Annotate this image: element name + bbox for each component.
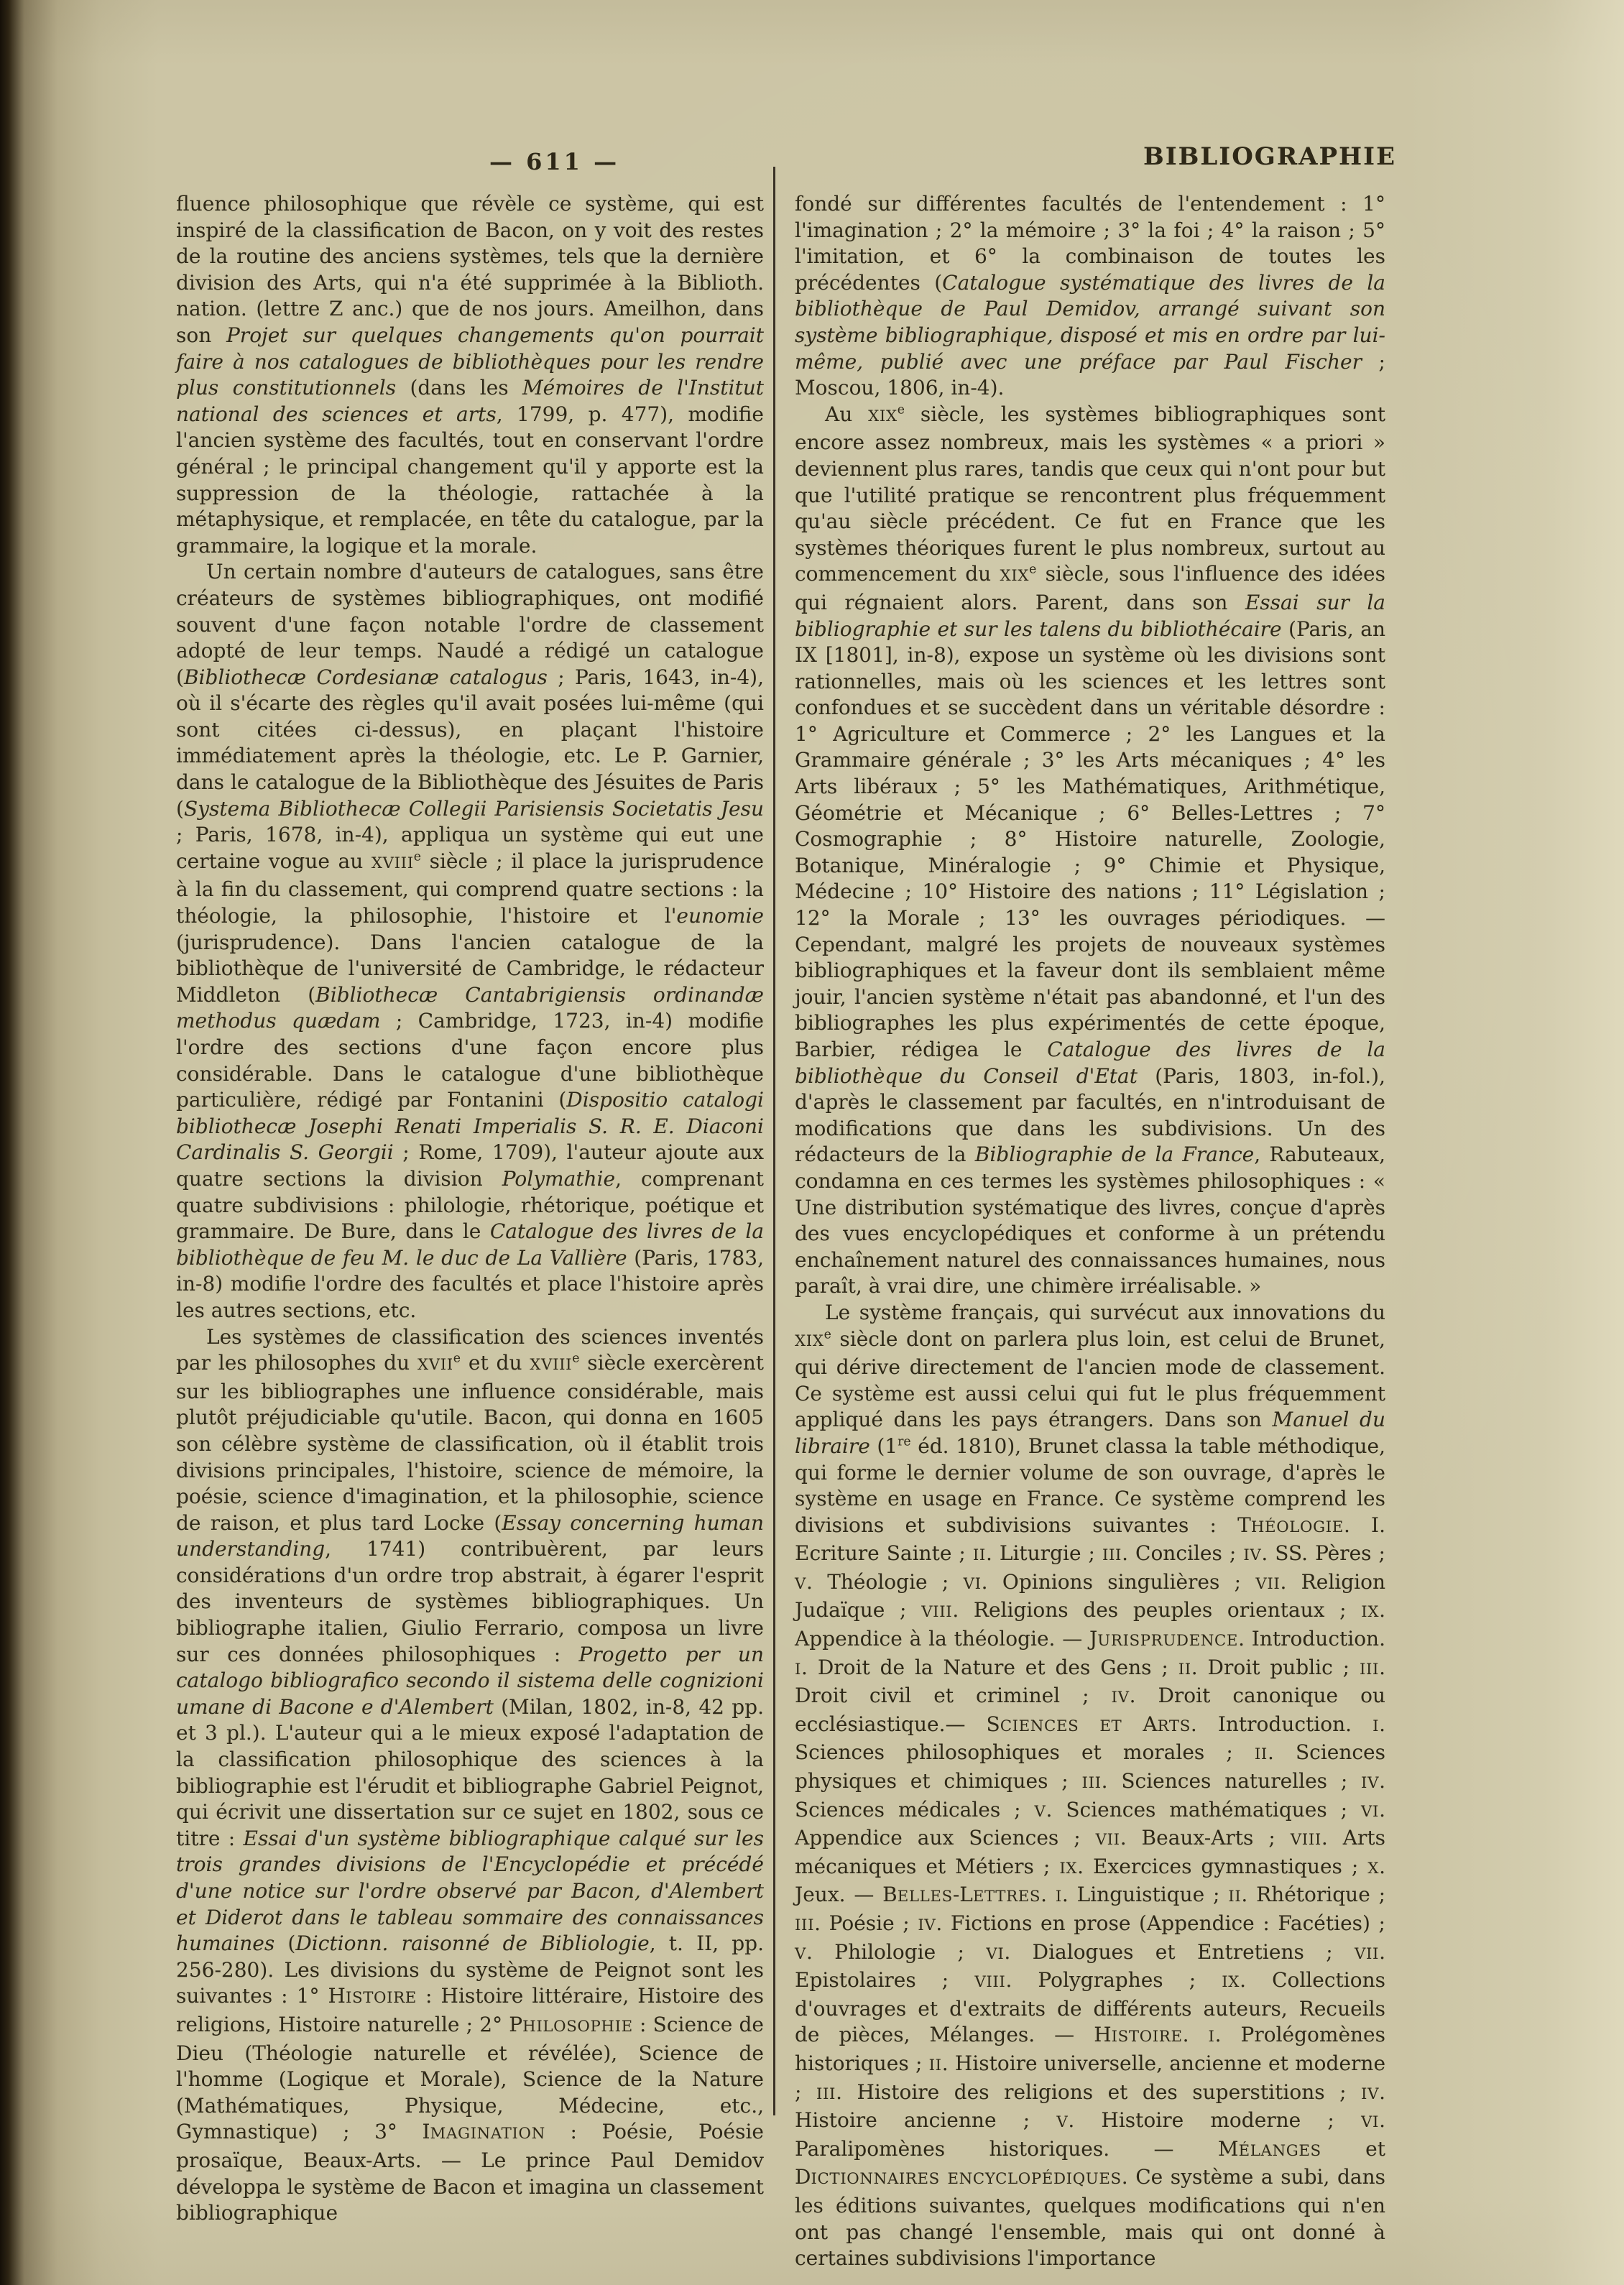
- paragraph: fondé sur différentes facultés de l'ente…: [795, 191, 1385, 402]
- paragraph: Au xixe siècle, les systèmes bibliograph…: [795, 402, 1385, 1300]
- column-right: fondé sur différentes facultés de l'ente…: [795, 191, 1385, 2272]
- column-left: fluence philosophique que révèle ce syst…: [176, 191, 764, 2227]
- paragraph: Un certain nombre d'auteurs de catalogue…: [176, 559, 764, 1324]
- paragraph: fluence philosophique que révèle ce syst…: [176, 191, 764, 559]
- paragraph: Les systèmes de classification des scien…: [176, 1324, 764, 2227]
- page-header: — 611 — BIBLIOGRAPHIE: [176, 142, 1398, 185]
- column-divider-rule: [773, 167, 775, 2115]
- header-title: BIBLIOGRAPHIE: [1143, 142, 1396, 171]
- page-number: — 611 —: [489, 148, 619, 175]
- paragraph: Le système français, qui survécut aux in…: [795, 1300, 1385, 2272]
